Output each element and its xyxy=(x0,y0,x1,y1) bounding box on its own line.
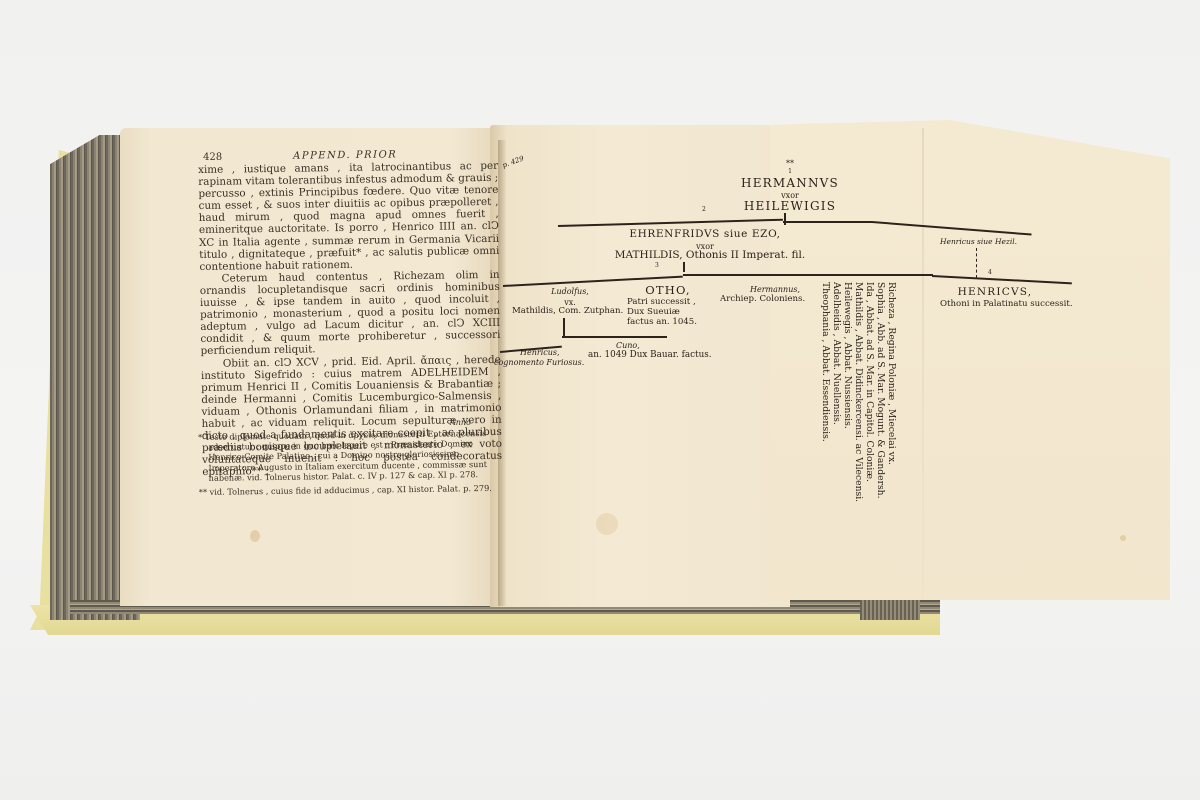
generation-number: 1 xyxy=(745,168,835,176)
daughter-richeza: Richeza , Regina Poloniæ , Miecelai vx. xyxy=(886,282,897,417)
henricus-furiosus-detail: cognomento Furiosus. xyxy=(494,358,584,367)
hermannus-detail: Archiep. Coloniens. xyxy=(720,294,805,304)
root-asterisks: ** xyxy=(745,160,835,168)
person-hermannus: HERMANNVS xyxy=(720,176,860,190)
foxing-stain xyxy=(596,513,618,535)
person-heilewigis: HEILEWIGIS xyxy=(720,199,860,213)
person-henricus: HENRICVS, xyxy=(940,286,1050,298)
person-cuno: Cuno, xyxy=(616,341,640,350)
page-stack-right xyxy=(860,598,920,620)
catchword: Anno xyxy=(450,418,471,427)
tree-line xyxy=(683,274,933,276)
page-number: 428 xyxy=(203,152,222,163)
generation-number: 3 xyxy=(655,262,659,269)
foxing-stain xyxy=(1120,535,1126,541)
person-henricus-hezil: Henricus siue Hezil. xyxy=(940,237,1017,246)
person-henricus-furiosus: Henricus, xyxy=(520,348,560,357)
daughter-theophania: Theophania , Abbat. Essendiensis. xyxy=(820,282,831,417)
henricus-detail: Othoni in Palatinatu successit. xyxy=(940,299,1073,309)
paragraph: Ceterum haud contentus , Richezam olim i… xyxy=(200,269,501,358)
daughter-mathildis: Mathildis , Abbat. Didinckercensi. ac Vi… xyxy=(853,282,864,417)
detail-line: factus an. 1045. xyxy=(627,317,697,327)
generation-number: 4 xyxy=(988,269,992,276)
foldout-crease xyxy=(922,128,924,598)
person-ehrenfridus: EHRENFRIDVS siue EZO, xyxy=(615,228,795,240)
daughter-ida: Ida , Abbat. ad S. Mar. in Capitol. Colo… xyxy=(864,282,875,417)
tree-line xyxy=(562,336,667,338)
detail-line: Dux Sueuiæ xyxy=(627,307,697,317)
daughters-list: Richeza , Regina Poloniæ , Miecelai vx. … xyxy=(820,282,897,417)
person-hermannus-archiep: Hermannus, xyxy=(730,285,820,294)
foxing-stain xyxy=(250,530,260,542)
person-ludolfus: Ludolfus, xyxy=(540,287,600,296)
person-otho: OTHO, xyxy=(628,283,708,297)
footnote: ** vid. Tolnerus , cuius fide id adducim… xyxy=(199,483,499,497)
footnote: * Teste diplomate quodam , quod in ἀρχεί… xyxy=(198,428,499,483)
paragraph: xime , iustique amans , ita latrocinanti… xyxy=(198,160,499,273)
daughter-heilewegis: Heilewegis , Abbat. Nussiensis. xyxy=(842,282,853,417)
person-mathildis: MATHILDIS, Othonis II Imperat. fil. xyxy=(590,249,830,261)
tree-line xyxy=(783,221,873,223)
tree-connector xyxy=(563,318,565,338)
daughter-sophia: Sophia , Abb. ad S. Mar. Mogunt. & Gande… xyxy=(875,282,886,417)
otho-details: Patri successit , Dux Sueuiæ factus an. … xyxy=(627,297,697,327)
root-marker: ** 1 xyxy=(745,160,835,176)
spouse-mathildis-zutphan: Mathildis, Com. Zutphan. xyxy=(512,306,642,316)
generation-number: 2 xyxy=(702,206,706,213)
daughter-adelheidis: Adelheidis , Abbat. Nuellensis. xyxy=(831,282,842,417)
tree-connector xyxy=(683,262,685,272)
running-title: APPEND. PRIOR xyxy=(293,149,397,161)
detail-line: Patri successit , xyxy=(627,297,697,307)
cuno-detail: an. 1049 Dux Bauar. factus. xyxy=(588,350,712,360)
footnotes: * Teste diplomate quodam , quod in ἀρχεί… xyxy=(198,428,499,501)
tree-connector xyxy=(784,213,786,225)
tree-dashed-connector xyxy=(976,248,977,278)
